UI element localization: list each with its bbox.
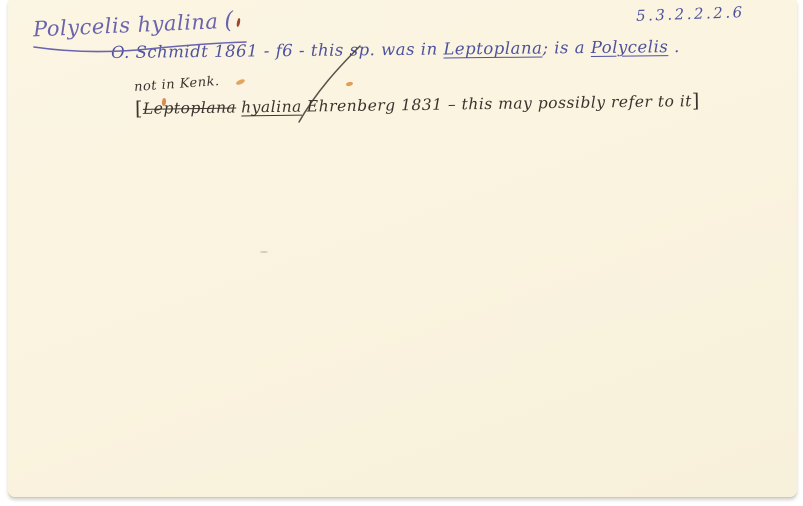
- synonym-rest: Ehrenberg 1831 – this may possibly refer…: [307, 92, 692, 115]
- scanned-index-card-page: { "card": { "index_number": "5.3.2.2.2.6…: [0, 0, 803, 506]
- schmidt-note-post: .: [668, 37, 680, 56]
- schmidt-note-genus-leptoplana: Leptoplana: [443, 38, 542, 58]
- paper-mark-faint: [260, 251, 268, 253]
- schmidt-note-line: O. Schmidt 1861 - f6 - this sp. was in L…: [111, 37, 680, 62]
- synonym-struck-genus: Leptoplana: [143, 99, 237, 118]
- schmidt-note-pre: O. Schmidt 1861 - f6 - this sp. was in: [111, 39, 444, 61]
- ink-speck-red: [236, 18, 241, 27]
- schmidt-note-genus-polycelis: Polycelis: [591, 37, 669, 57]
- ink-strokes: [8, 0, 797, 497]
- card-title: Polycelis hyalina(: [33, 8, 235, 43]
- catalogue-number: 5.3.2.2.2.6: [636, 3, 745, 25]
- kenk-annotation: not in Kenk.: [134, 74, 221, 95]
- index-card: 5.3.2.2.2.6 Polycelis hyalina( O. Schmid…: [8, 0, 797, 497]
- synonym-line: [LeptoplanahyalinaEhrenberg 1831 – this …: [135, 90, 700, 120]
- schmidt-note-mid: ; is a: [542, 38, 591, 58]
- card-title-paren: (: [224, 8, 235, 34]
- card-title-species: Polycelis hyalina: [33, 9, 219, 41]
- synonym-species: hyalina: [241, 98, 302, 117]
- synonym-close-bracket: ]: [692, 90, 700, 112]
- paper-stain-orange: [346, 81, 354, 87]
- paper-stain-orange: [236, 78, 246, 85]
